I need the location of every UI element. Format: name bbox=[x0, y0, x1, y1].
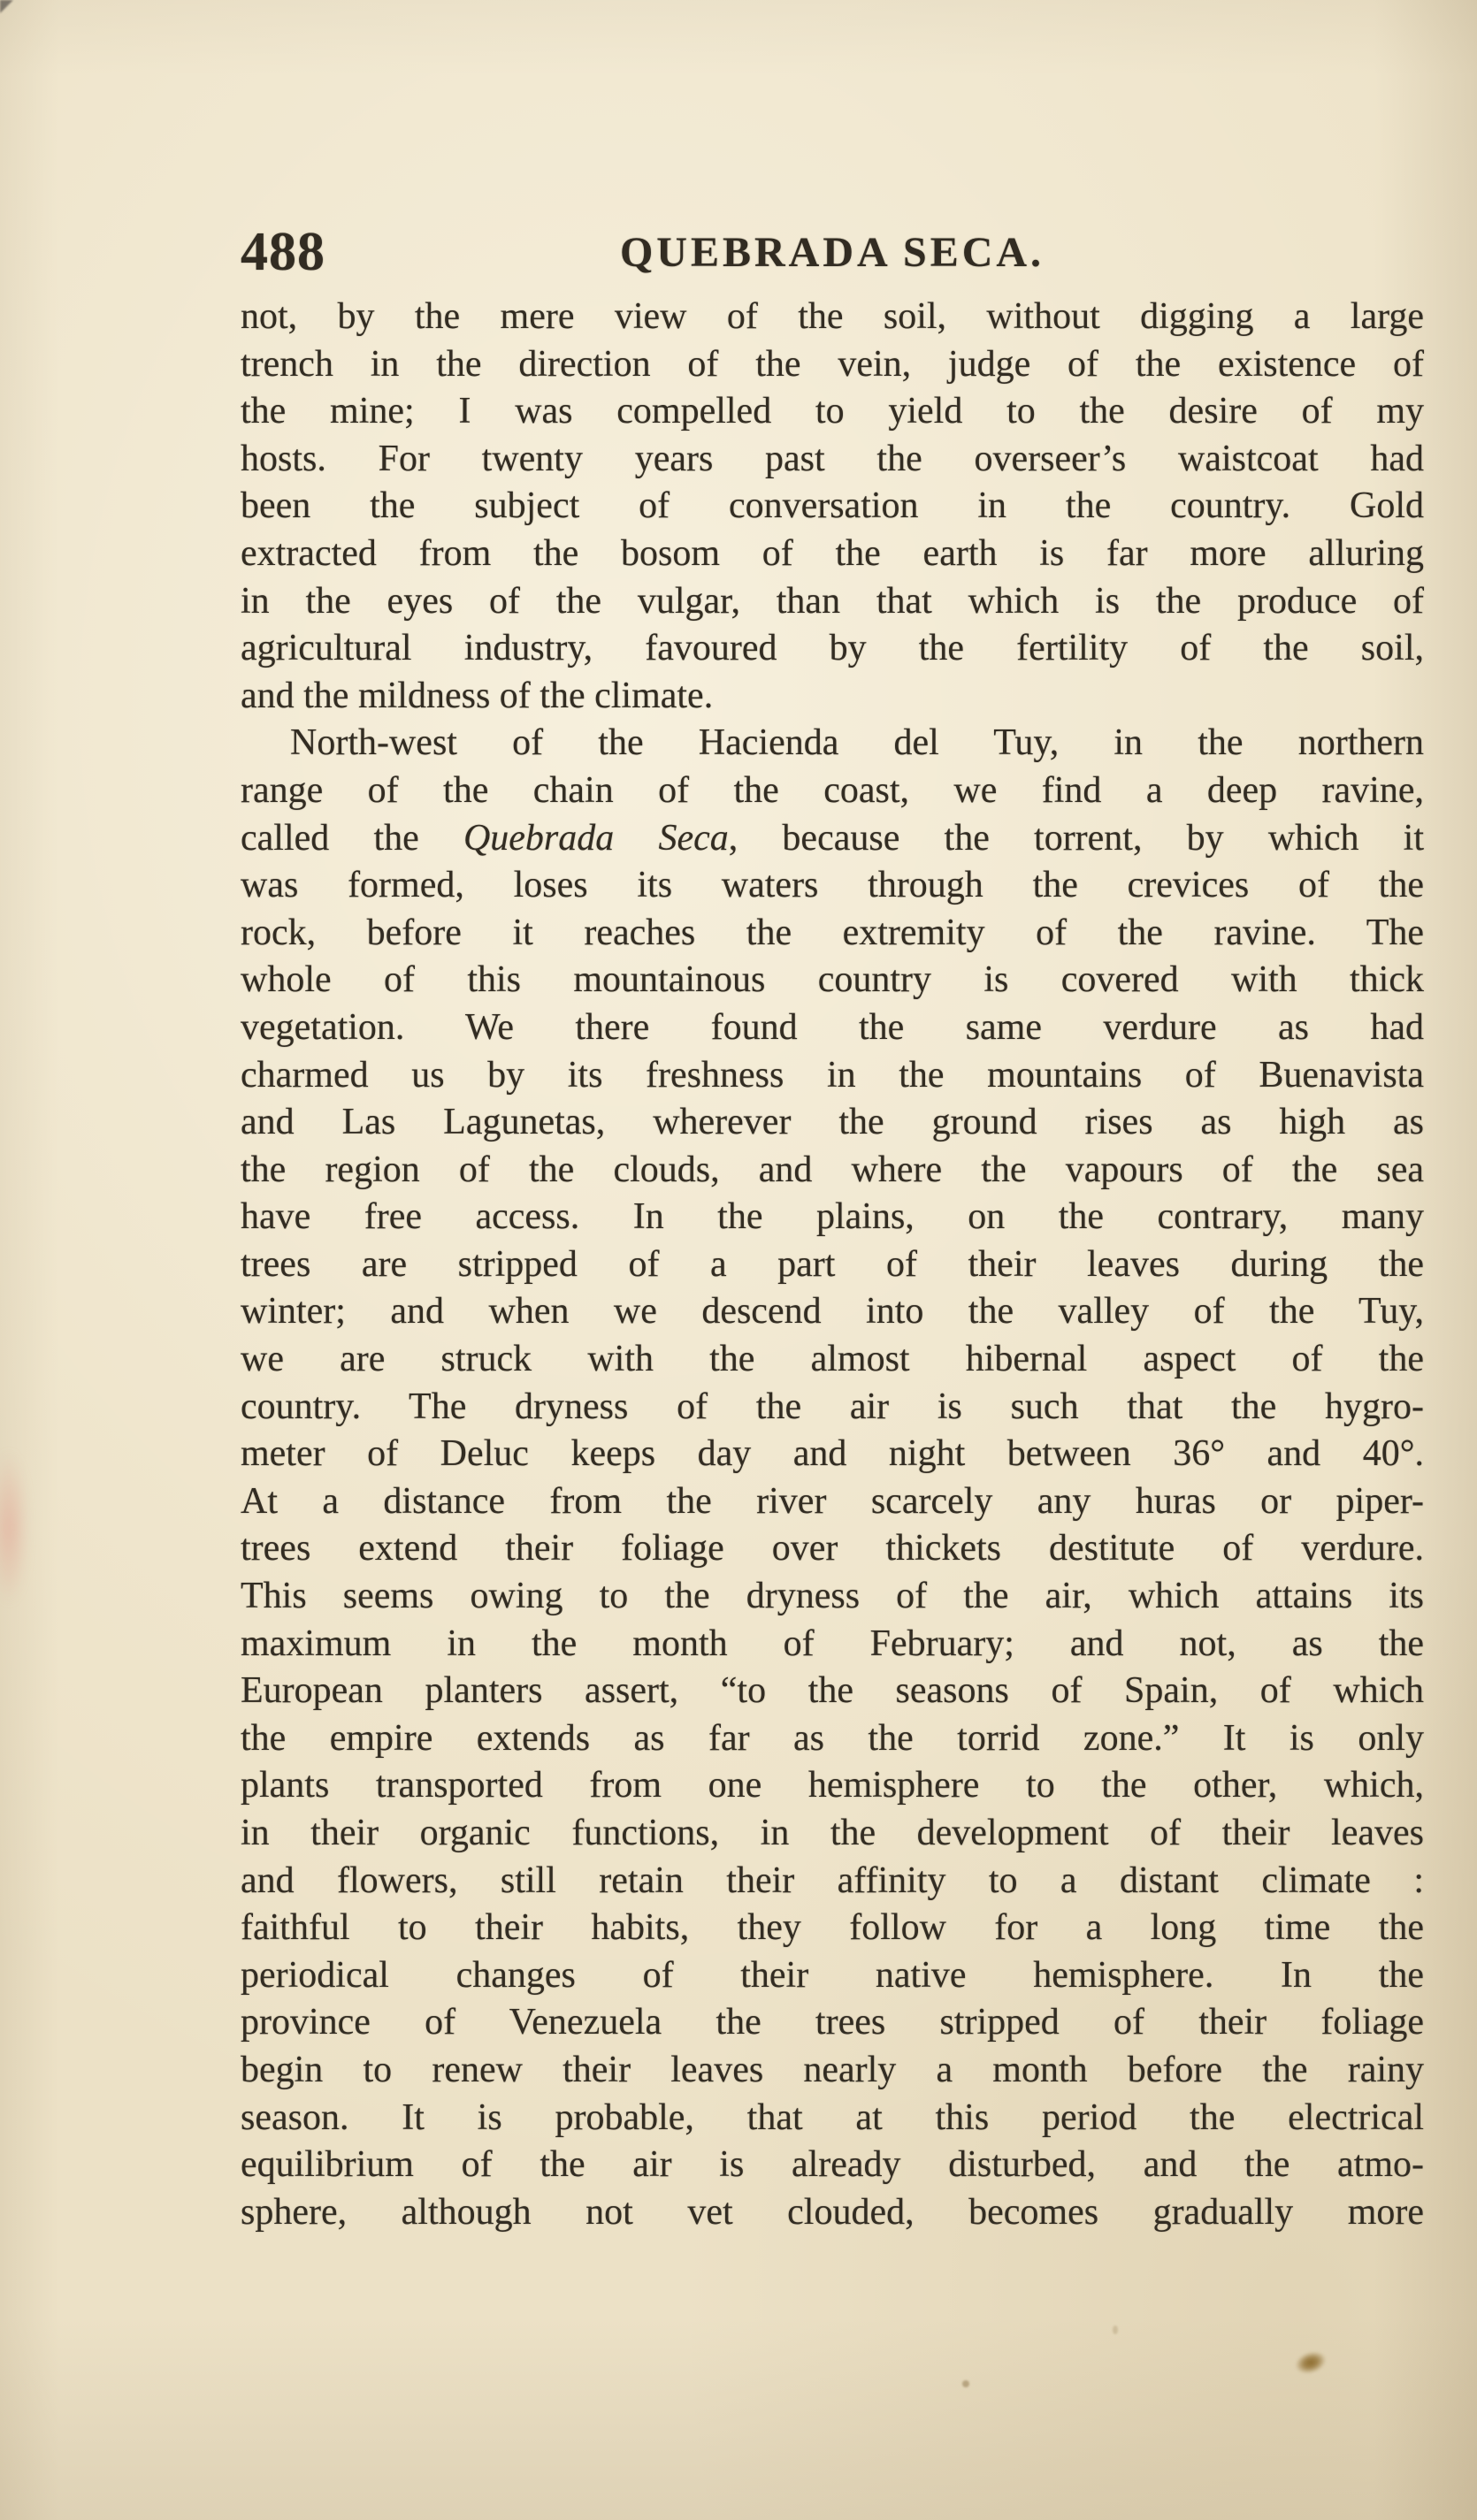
text-line: whole of this mountainous country is cov… bbox=[241, 957, 1424, 1004]
text-line: been the subject of conversation in the … bbox=[241, 483, 1424, 531]
text-line: not, by the mere view of the soil, witho… bbox=[241, 294, 1424, 341]
text-line: agricultural industry, favoured by the f… bbox=[241, 625, 1424, 673]
text-line: trench in the direction of the vein, jud… bbox=[241, 341, 1424, 389]
text-line: equilibrium of the air is already distur… bbox=[241, 2142, 1424, 2189]
text-line: charmed us by its freshness in the mount… bbox=[241, 1052, 1424, 1100]
text-line: province of Venezuela the trees stripped… bbox=[241, 1999, 1424, 2047]
text-line: the region of the clouds, and where the … bbox=[241, 1147, 1424, 1195]
text-line: in their organic functions, in the devel… bbox=[241, 1810, 1424, 1858]
text-line: rock, before it reaches the extremity of… bbox=[241, 910, 1424, 958]
text-line: North-west of the Hacienda del Tuy, in t… bbox=[241, 720, 1424, 767]
text-line: the empire extends as far as the torrid … bbox=[241, 1715, 1424, 1763]
text-line: and the mildness of the climate. bbox=[241, 673, 1424, 721]
paper-stain bbox=[1292, 2348, 1329, 2378]
text-line: European planters assert, “to the season… bbox=[241, 1668, 1424, 1715]
text-line: hosts. For twenty years past the oversee… bbox=[241, 436, 1424, 484]
text-line: season. It is probable, that at this per… bbox=[241, 2095, 1424, 2142]
paper-smudge bbox=[0, 1450, 28, 1605]
text-line: and flowers, still retain their affinity… bbox=[241, 1858, 1424, 1905]
text-line: meter of Deluc keeps day and night betwe… bbox=[241, 1431, 1424, 1478]
text-line: sphere, although not vet clouded, become… bbox=[241, 2189, 1424, 2237]
paper-fleck bbox=[962, 2380, 969, 2387]
paper-fleck bbox=[1113, 2325, 1118, 2334]
text-line: and Las Lagunetas, wherever the ground r… bbox=[241, 1099, 1424, 1147]
text-line: begin to renew their leaves nearly a mon… bbox=[241, 2047, 1424, 2095]
text-line: trees extend their foliage over thickets… bbox=[241, 1525, 1424, 1573]
page-header: 488 QUEBRADA SECA. bbox=[241, 210, 1424, 274]
text-line: vegetation. We there found the same verd… bbox=[241, 1004, 1424, 1052]
text-line: range of the chain of the coast, we find… bbox=[241, 767, 1424, 815]
text-line: was formed, loses its waters through the… bbox=[241, 862, 1424, 910]
text-line: This seems owing to the dryness of the a… bbox=[241, 1573, 1424, 1621]
body-text: not, by the mere view of the soil, witho… bbox=[241, 294, 1424, 2236]
text-line: plants transported from one hemisphere t… bbox=[241, 1762, 1424, 1810]
text-line: have free access. In the plains, on the … bbox=[241, 1194, 1424, 1241]
text-line: extracted from the bosom of the earth is… bbox=[241, 531, 1424, 578]
text-line: trees are stripped of a part of their le… bbox=[241, 1241, 1424, 1289]
text-line: in the eyes of the vulgar, than that whi… bbox=[241, 578, 1424, 626]
running-title: QUEBRADA SECA. bbox=[241, 232, 1424, 274]
text-line: winter; and when we descend into the val… bbox=[241, 1288, 1424, 1336]
text-line: country. The dryness of the air is such … bbox=[241, 1384, 1424, 1432]
scanned-book-page: 488 QUEBRADA SECA. not, by the mere view… bbox=[0, 0, 1477, 2520]
scan-corner-shadow bbox=[0, 0, 13, 13]
text-line: we are struck with the almost hibernal a… bbox=[241, 1336, 1424, 1384]
text-line: At a distance from the river scarcely an… bbox=[241, 1478, 1424, 1526]
text-line: maximum in the month of February; and no… bbox=[241, 1621, 1424, 1669]
text-line: faithful to their habits, they follow fo… bbox=[241, 1905, 1424, 1952]
text-line: called the Quebrada Seca, because the to… bbox=[241, 815, 1424, 863]
text-line: the mine; I was compelled to yield to th… bbox=[241, 388, 1424, 436]
text-line: periodical changes of their native hemis… bbox=[241, 1952, 1424, 2000]
